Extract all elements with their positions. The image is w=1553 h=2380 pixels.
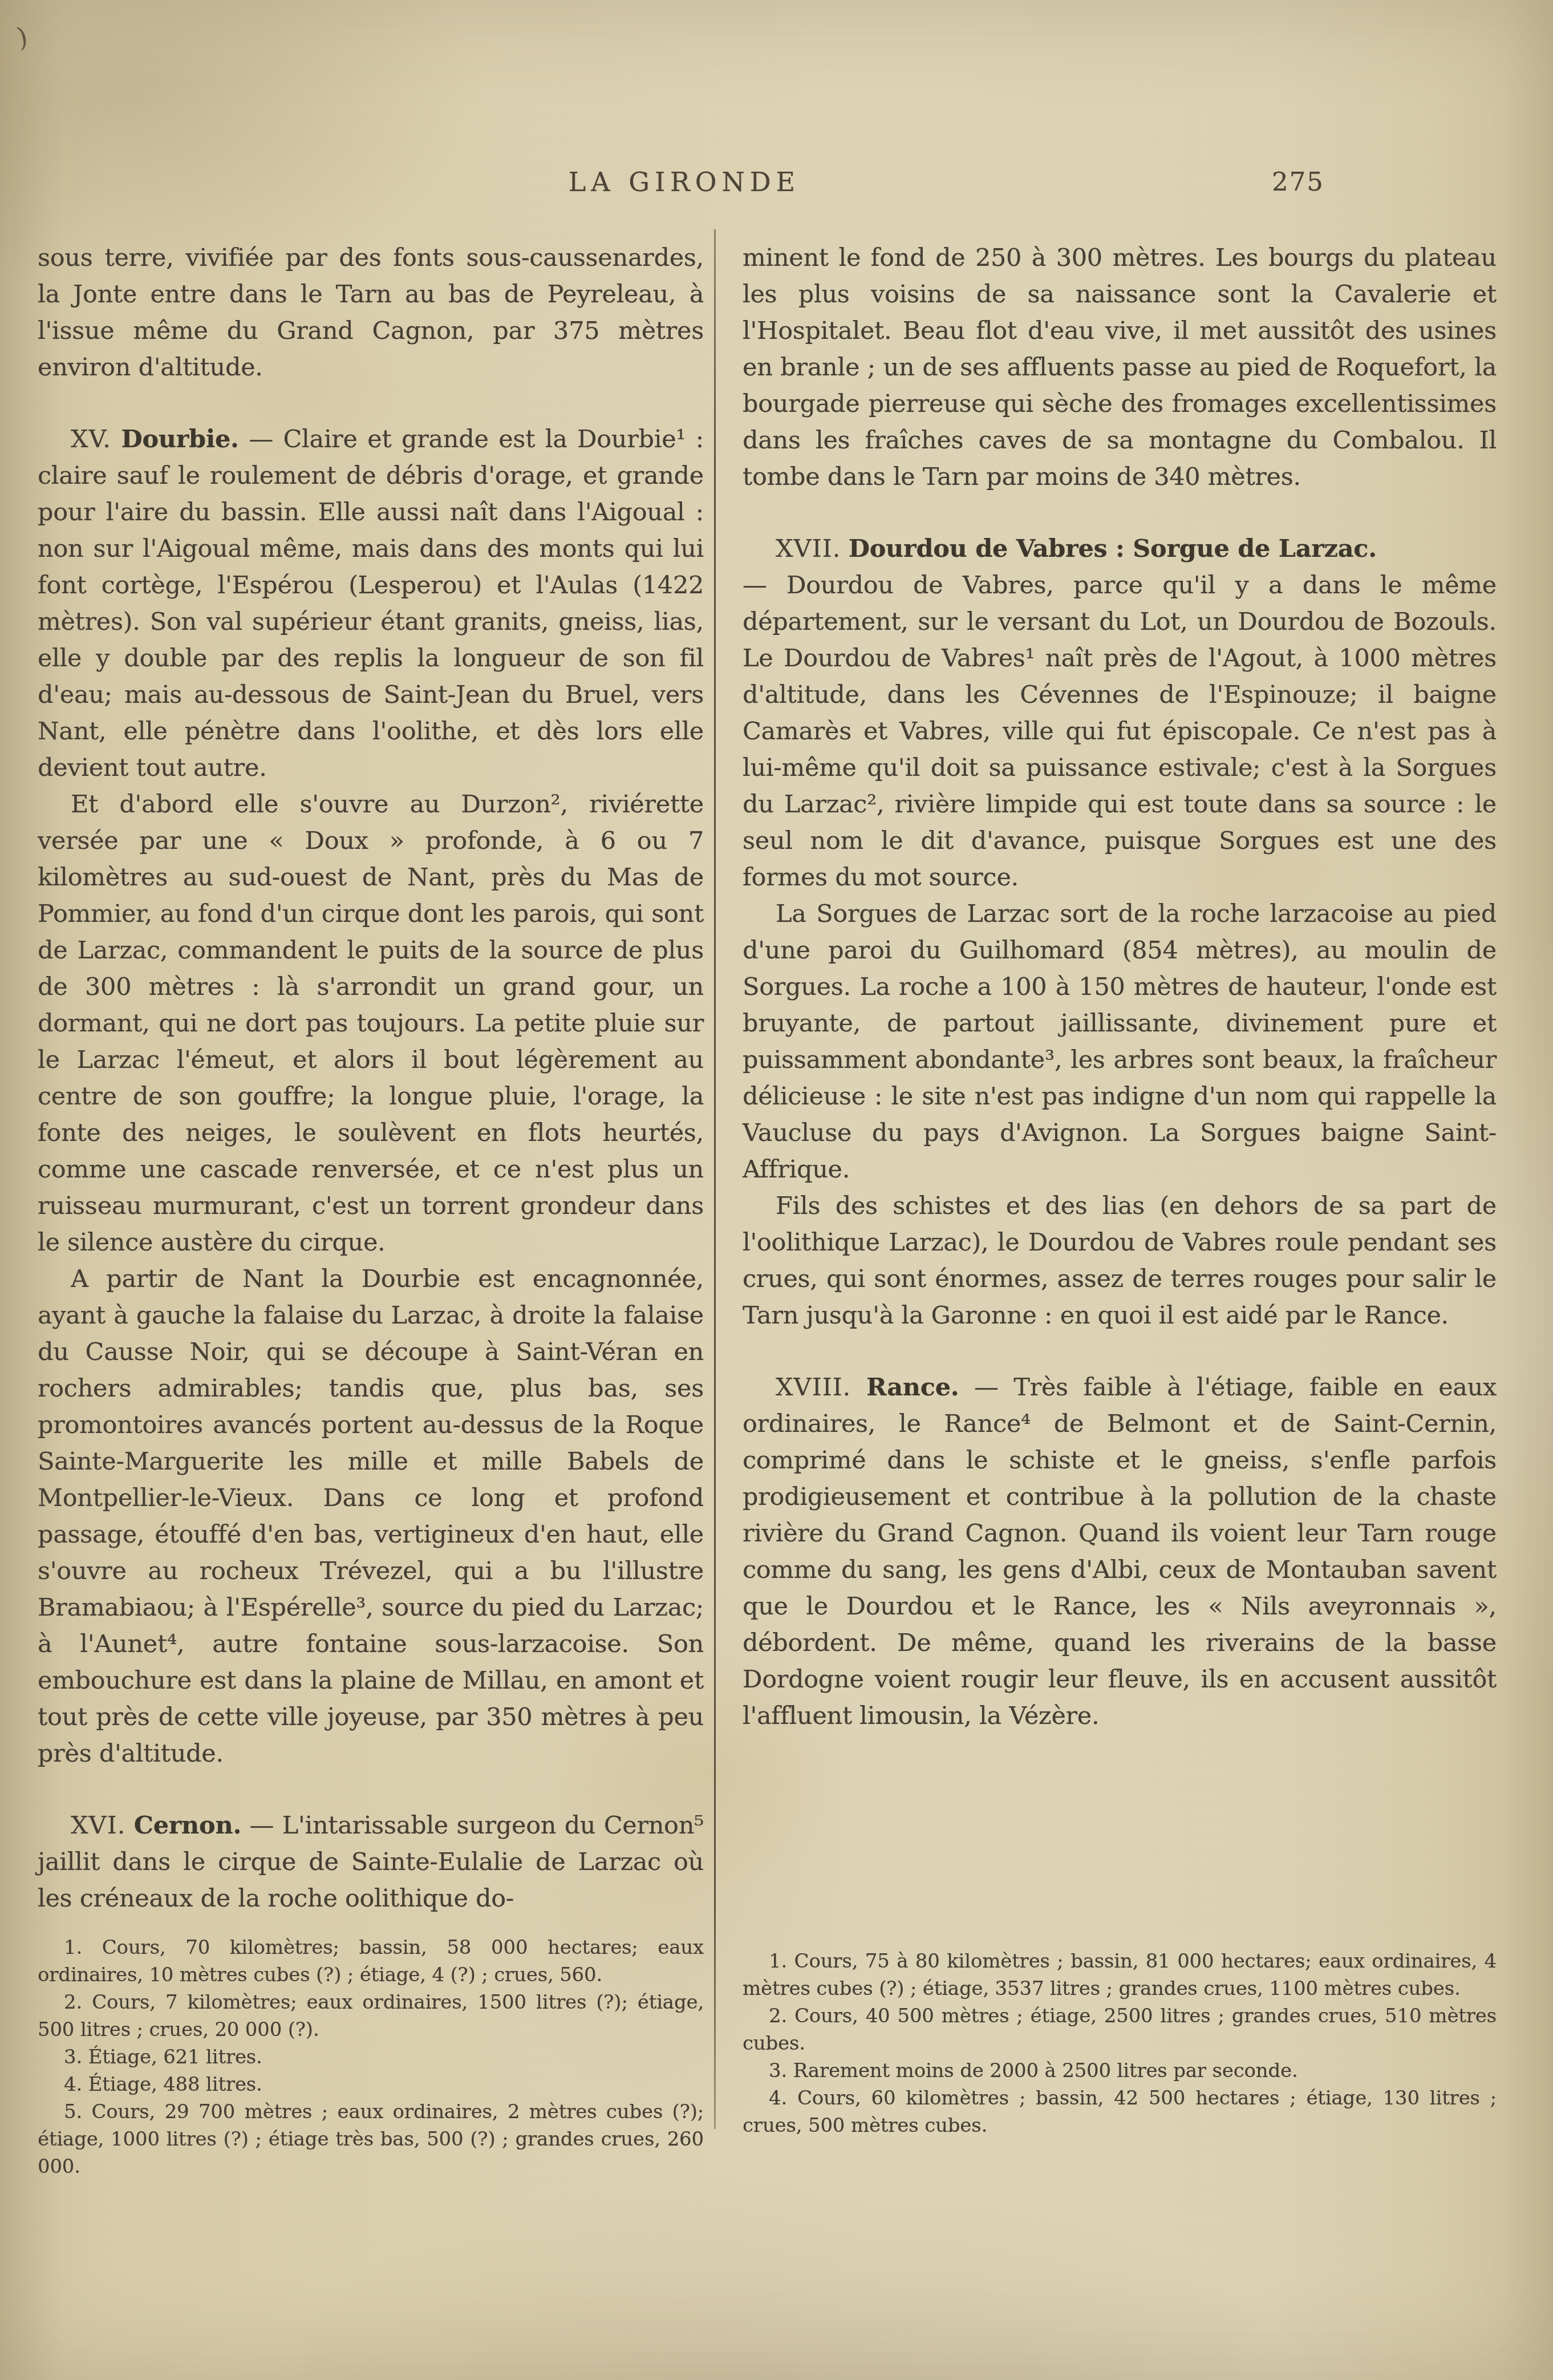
section-paragraph: XVIII. Rance. — Très faible à l'étiage, …	[743, 1369, 1497, 1734]
section-heading: Cernon.	[134, 1811, 241, 1840]
section-number: XVII.	[776, 535, 841, 563]
body-paragraph: sous terre, vivifiée par des fonts sous-…	[38, 240, 704, 386]
section-paragraph: XVII. Dourdou de Vabres : Sorgue de Larz…	[743, 531, 1497, 896]
footnotes: 1. Cours, 75 à 80 kilomètres ; bassin, 8…	[743, 1930, 1497, 2139]
section-number: XVI.	[71, 1811, 125, 1840]
footnote: 3. Rarement moins de 2000 à 2500 litres …	[743, 2057, 1497, 2084]
section-heading-line: XVII. Dourdou de Vabres : Sorgue de Larz…	[743, 531, 1497, 567]
section-paragraph: XV. Dourbie. — Claire et grande est la D…	[38, 421, 704, 786]
body-paragraph: A partir de Nant la Dourbie est encagnon…	[38, 1261, 704, 1772]
page-number: 275	[1272, 167, 1357, 197]
footnote: 4. Étiage, 488 litres.	[38, 2071, 704, 2098]
footnote: 5. Cours, 29 700 mètres ; eaux ordinaire…	[38, 2098, 704, 2180]
left-column: sous terre, vivifiée par des fonts sous-…	[38, 240, 704, 2180]
column-body: minent le fond de 250 à 300 mètres. Les …	[743, 240, 1497, 1734]
stray-ink-mark: )	[14, 21, 31, 54]
paragraph-text: La Sorgues de Larzac sort de la roche la…	[743, 900, 1497, 1184]
footnote: 3. Étiage, 621 litres.	[38, 2043, 704, 2071]
body-paragraph: Fils des schistes et des lias (en dehors…	[743, 1188, 1497, 1334]
footnote: 1. Cours, 75 à 80 kilomètres ; bassin, 8…	[743, 1948, 1497, 2002]
paragraph-text: Et d'abord elle s'ouvre au Durzon², rivi…	[38, 790, 704, 1257]
paragraph-text: — Très faible à l'étiage, faible en eaux…	[743, 1373, 1497, 1730]
running-title: LA GIRONDE	[34, 167, 1335, 197]
column-divider-rule	[714, 229, 716, 2129]
section-paragraph: XVI. Cernon. — L'intarissable surgeon du…	[38, 1807, 704, 1917]
footnotes: 1. Cours, 70 kilomètres; bassin, 58 000 …	[38, 1917, 704, 2180]
section-number: XVIII.	[776, 1373, 851, 1402]
section-heading: Dourdou de Vabres : Sorgue de Larzac.	[849, 535, 1377, 563]
footnote: 4. Cours, 60 kilomètres ; bassin, 42 500…	[743, 2084, 1497, 2139]
book-page: ) LA GIRONDE 275 sous terre, vivifiée pa…	[0, 0, 1553, 2380]
paragraph-text: — Claire et grande est la Dourbie¹ : cla…	[38, 425, 704, 782]
column-body: sous terre, vivifiée par des fonts sous-…	[38, 240, 704, 1917]
right-column: minent le fond de 250 à 300 mètres. Les …	[743, 240, 1497, 2139]
paragraph-text: A partir de Nant la Dourbie est encagnon…	[38, 1265, 704, 1768]
paragraph-text: Fils des schistes et des lias (en dehors…	[743, 1192, 1497, 1330]
footnote: 2. Cours, 7 kilomètres; eaux ordinaires,…	[38, 1989, 704, 2043]
footnote: 1. Cours, 70 kilomètres; bassin, 58 000 …	[38, 1934, 704, 1989]
paragraph-text: sous terre, vivifiée par des fonts sous-…	[38, 244, 704, 382]
paragraph-text: — Dourdou de Vabres, parce qu'il y a dan…	[743, 571, 1497, 892]
section-heading: Rance.	[866, 1373, 959, 1402]
section-heading: Dourbie.	[121, 425, 238, 454]
body-paragraph: minent le fond de 250 à 300 mètres. Les …	[743, 240, 1497, 495]
body-paragraph: La Sorgues de Larzac sort de la roche la…	[743, 896, 1497, 1188]
body-paragraph: Et d'abord elle s'ouvre au Durzon², rivi…	[38, 786, 704, 1261]
paragraph-text: minent le fond de 250 à 300 mètres. Les …	[743, 244, 1497, 491]
footnote: 2. Cours, 40 500 mètres ; étiage, 2500 l…	[743, 2002, 1497, 2057]
section-number: XV.	[71, 425, 111, 454]
